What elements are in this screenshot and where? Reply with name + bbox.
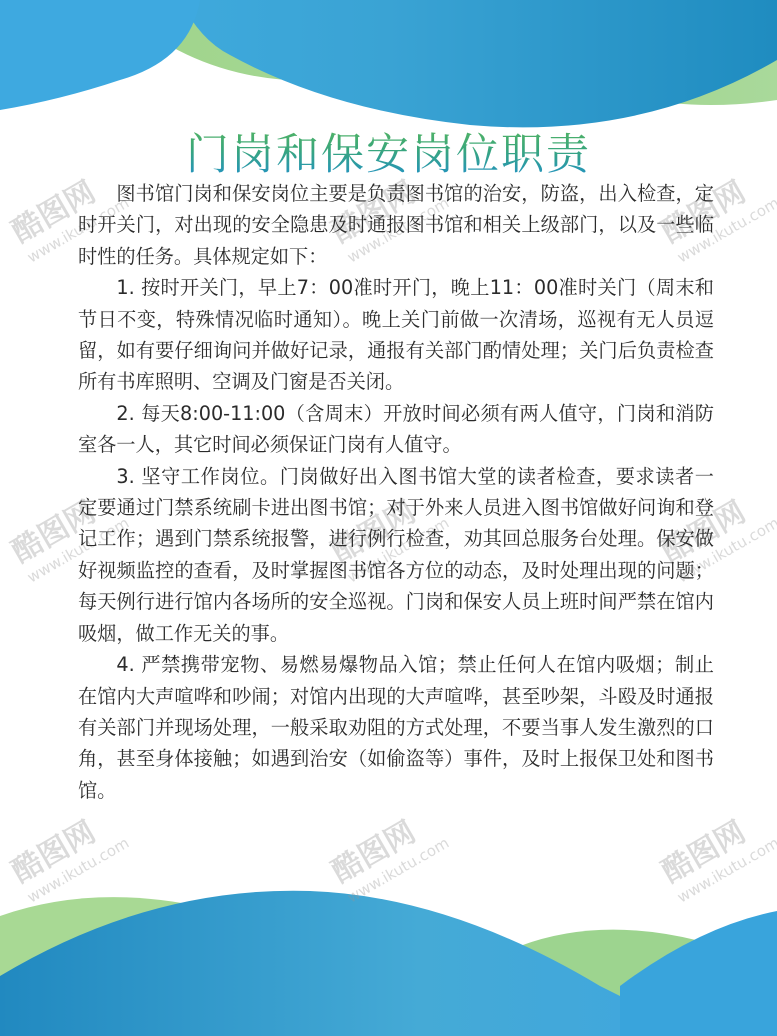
rule-3-paragraph: 3. 坚守工作岗位。门岗做好出入图书馆大堂的读者检查，要求读者一定要通过门禁系统… bbox=[78, 461, 714, 649]
rule-2-paragraph: 2. 每天8:00-11:00（含周末）开放时间必须有两人值守，门岗和消防室各一… bbox=[78, 398, 714, 461]
rule-1-paragraph: 1. 按时开关门，早上7：00准时开门，晚上11：00准时关门（周末和节日不变，… bbox=[78, 272, 714, 398]
rule-4-paragraph: 4. 严禁携带宠物、易燃易爆物品入馆；禁止任何人在馆内吸烟；制止在馆内大声喧哗和… bbox=[78, 649, 714, 806]
intro-paragraph: 图书馆门岗和保安岗位主要是负责图书馆的治安，防盗，出入检查，定时开关门，对出现的… bbox=[78, 178, 714, 272]
document-title: 门岗和保安岗位职责 bbox=[0, 121, 777, 182]
document-body: 图书馆门岗和保安岗位主要是负责图书馆的治安，防盗，出入检查，定时开关门，对出现的… bbox=[78, 178, 714, 806]
bottom-wave-decoration bbox=[0, 856, 777, 1036]
